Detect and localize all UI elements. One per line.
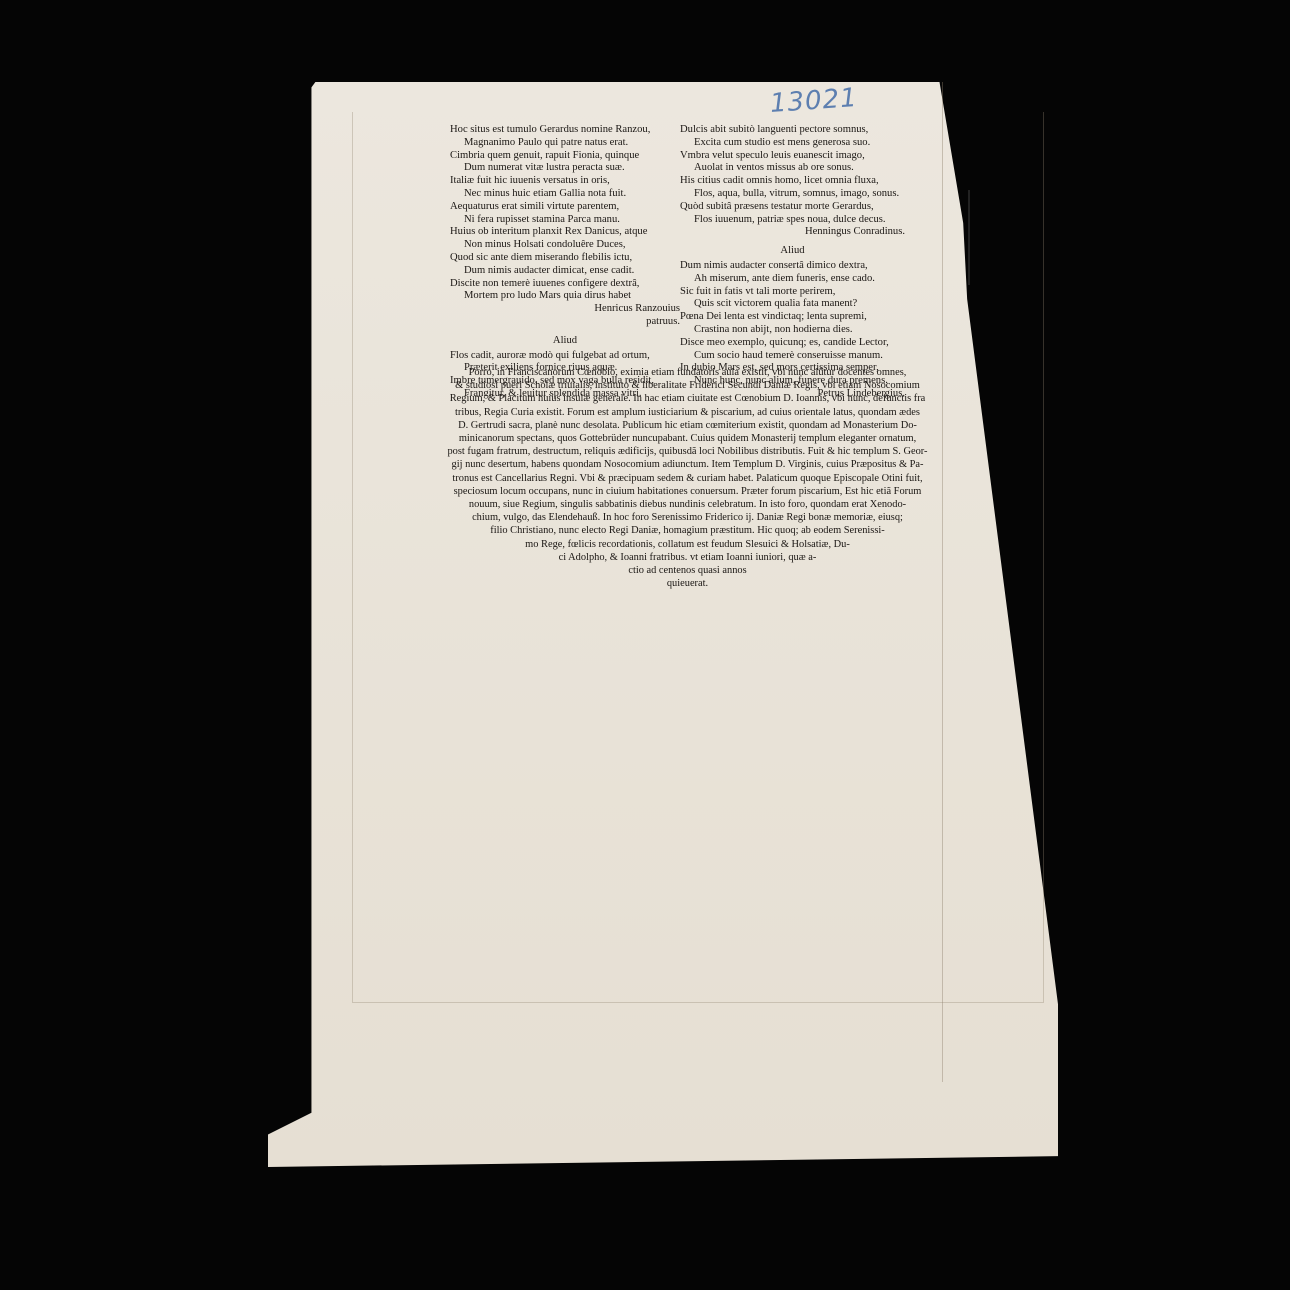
verse-line: His citius cadit omnis homo, licet omnia… xyxy=(680,175,905,188)
prose-line: D. Gertrudi sacra, planè nunc desolata. … xyxy=(420,419,955,432)
verse-line: Dulcis abit subitò languenti pectore som… xyxy=(680,124,905,137)
verse-line: Huius ob interitum planxit Rex Danicus, … xyxy=(450,226,680,239)
prose-line: post fugam fratrum, destructum, reliquis… xyxy=(420,445,955,458)
torn-edge-mark xyxy=(968,190,984,285)
prose-line: speciosum locum occupans, nunc in ciuium… xyxy=(420,485,955,498)
verse-line: Quòd subitâ præsens testatur morte Gerar… xyxy=(680,201,905,214)
prose-line: filio Christiano, nunc electo Regi Daniæ… xyxy=(420,524,955,537)
poem-conradinus: Dulcis abit subitò languenti pectore som… xyxy=(680,124,905,239)
verse-line: Cimbria quem genuit, rapuit Fionia, quin… xyxy=(450,150,680,163)
handwritten-catalog-number: 13021 xyxy=(769,83,859,119)
prose-line: tronus est Cancellarius Regni. Vbi & præ… xyxy=(420,472,955,485)
prose-line: ctio ad centenos quasi annos xyxy=(420,564,955,577)
verse-line: Nec minus huic etiam Gallia nota fuit. xyxy=(450,188,680,201)
verse-line: Cum socio haud temerè conseruisse manum. xyxy=(680,350,905,363)
verse-line: Quod sic ante diem miserando flebilis ic… xyxy=(450,252,680,265)
author-signature-relation: patruus. xyxy=(450,316,680,329)
verse-line: Ah miserum, ante diem funeris, ense cado… xyxy=(680,273,905,286)
prose-line: ci Adolpho, & Ioanni fratribus. vt etiam… xyxy=(420,551,955,564)
prose-line: chium, vulgo, das Elendehauß. In hoc for… xyxy=(420,511,955,524)
verse-line: Quis scit victorem qualia fata manent? xyxy=(680,298,905,311)
prose-line: quieuerat. xyxy=(420,577,955,590)
verse-line: Hoc situs est tumulo Gerardus nomine Ran… xyxy=(450,124,680,137)
verse-line: Vmbra velut speculo leuis euanescit imag… xyxy=(680,150,905,163)
verse-line: Sic fuit in fatis vt tali morte perirem, xyxy=(680,286,905,299)
prose-line: mo Rege, fœlicis recordationis, collatum… xyxy=(420,538,955,551)
verse-line: Pœna Dei lenta est vindictaq; lenta supr… xyxy=(680,311,905,324)
verse-line: Dum nimis audacter dimicat, ense cadit. xyxy=(450,265,680,278)
verse-line: Non minus Holsati condoluêre Duces, xyxy=(450,239,680,252)
poem-ranzou: Hoc situs est tumulo Gerardus nomine Ran… xyxy=(450,124,680,329)
verse-line: Crastina non abijt, non hodierna dies. xyxy=(680,324,905,337)
verse-line: Aequaturus erat simili virtute parentem, xyxy=(450,201,680,214)
section-heading-aliud: Aliud xyxy=(450,335,680,348)
verse-line: Flos, aqua, bulla, vitrum, somnus, imago… xyxy=(680,188,905,201)
prose-line: Porro, in Franciscanorum Cœnobio, eximia… xyxy=(420,366,955,379)
section-heading-aliud: Aliud xyxy=(680,245,905,258)
verse-line: Ni fera rupisset stamina Parca manu. xyxy=(450,214,680,227)
prose-paragraph: Porro, in Franciscanorum Cœnobio, eximia… xyxy=(420,366,955,590)
left-verse-column: Hoc situs est tumulo Gerardus nomine Ran… xyxy=(450,124,680,401)
verse-line: Dum nimis audacter consertâ dimico dextr… xyxy=(680,260,905,273)
right-verse-column: Dulcis abit subitò languenti pectore som… xyxy=(680,124,905,401)
verse-line: Discite non temerè iuuenes configere dex… xyxy=(450,278,680,291)
prose-line: & studiosi pueri Scholæ triuialis, insti… xyxy=(420,379,955,392)
verse-line: Dum numerat vitæ lustra peracta suæ. xyxy=(450,162,680,175)
prose-line: tribus, Regia Curia existit. Forum est a… xyxy=(420,406,955,419)
verse-line: Magnanimo Paulo qui patre natus erat. xyxy=(450,137,680,150)
verse-line: Italiæ fuit hic iuuenis versatus in oris… xyxy=(450,175,680,188)
verse-line: Disce meo exemplo, quicunq; es, candide … xyxy=(680,337,905,350)
verse-line: Mortem pro ludo Mars quia dirus habet xyxy=(450,290,680,303)
author-signature: Henningus Conradinus. xyxy=(680,226,905,239)
prose-line: Regium, & Placitum huius insulæ generale… xyxy=(420,392,955,405)
author-signature: Henricus Ranzouius xyxy=(450,303,680,316)
prose-line: nouum, siue Regium, singulis sabbatinis … xyxy=(420,498,955,511)
verse-line: Excita cum studio est mens generosa suo. xyxy=(680,137,905,150)
prose-line: gij nunc desertum, habens quondam Nosoco… xyxy=(420,458,955,471)
verse-line: Flos cadit, auroræ modò qui fulgebat ad … xyxy=(450,350,680,363)
verse-line: Auolat in ventos missus ab ore sonus. xyxy=(680,162,905,175)
prose-line: minicanorum spectans, quos Gottebrüder n… xyxy=(420,432,955,445)
verse-line: Flos iuuenum, patriæ spes noua, dulce de… xyxy=(680,214,905,227)
